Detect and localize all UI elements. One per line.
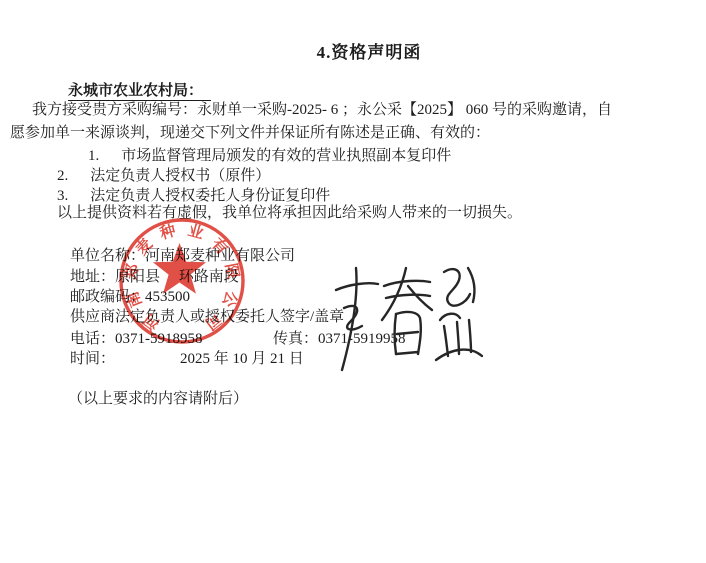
document-page: 4.资格声明函 永城市农业农村局： 我方接受贵方采购编号：永财单一采购-2025… <box>0 0 706 563</box>
list-item-3: 3.法定负责人授权委托人身份证复印件 <box>57 187 330 206</box>
handwritten-signature <box>332 264 484 378</box>
phone-label: 电话： <box>70 331 115 347</box>
address-label: 地址： <box>70 269 115 285</box>
list-item-2-text: 法定负责人授权书（原件） <box>90 168 270 184</box>
time-label: 时间： <box>70 350 115 369</box>
list-item-2-number: 2. <box>57 167 68 186</box>
list-item-1-text: 市场监督管理局颁发的有效的营业执照副本复印件 <box>121 148 451 164</box>
list-item-3-number: 3. <box>57 187 68 206</box>
list-item-3-text: 法定负责人授权委托人身份证复印件 <box>90 188 330 204</box>
list-item-1: 1.市场监督管理局颁发的有效的营业执照副本复印件 <box>88 147 451 166</box>
fax-label: 传真： <box>273 331 318 347</box>
list-item-2: 2.法定负责人授权书（原件） <box>57 167 270 186</box>
company-seal-stamp: 河南郑麦种业有限公司 <box>116 214 248 349</box>
footer-note: （以上要求的内容请附后） <box>68 390 248 409</box>
seal-star-icon <box>153 243 206 294</box>
body-paragraph-line-2: 愿参加单一来源谈判，现递交下列文件并保证所有陈述是正确、有效的： <box>10 124 490 143</box>
date-value: 2025 年 10 月 21 日 <box>180 350 304 369</box>
page-title: 4.资格声明函 <box>32 38 706 63</box>
body-paragraph-line-1: 我方接受贵方采购编号：永财单一采购-2025- 6 ；永公采【2025】 060… <box>32 101 612 120</box>
list-item-1-number: 1. <box>88 147 99 166</box>
addressee: 永城市农业农村局： <box>68 79 211 101</box>
